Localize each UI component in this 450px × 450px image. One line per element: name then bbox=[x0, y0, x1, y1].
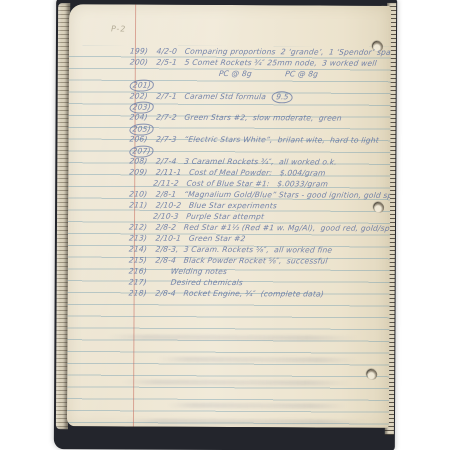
handwriting-lines: 199) 4/2-0 Comparing proportions 2 ‘gran… bbox=[67, 4, 391, 428]
journal-entry-line: 218) 2/8-4 Rocket Engine, ¾″ (complete d… bbox=[128, 288, 324, 299]
entry-number: 204) bbox=[129, 112, 154, 122]
entry-text: 2/10-2 Blue Star experiments bbox=[153, 201, 278, 211]
entry-number: 208) bbox=[129, 156, 154, 166]
journal-entry-line: 2/11-2 Cost of Blue Star #1: $.0033/gram bbox=[153, 179, 329, 190]
entry-text: 2/10-3 Purple Star attempt bbox=[153, 212, 265, 222]
entry-text: 2/7-1 Caramel Std formula bbox=[153, 92, 266, 102]
entry-text: 2/5-1 5 Comet Rockets ¾″ 25mm node, 3 wo… bbox=[153, 58, 377, 68]
journal-entry-line: 214) 2/8-3, 3 Caram. Rockets ⅝″, all wor… bbox=[128, 244, 332, 255]
journal-entry-line: 216) Welding notes bbox=[128, 266, 227, 277]
entry-text: Welding notes bbox=[152, 267, 227, 276]
entry-number: 210) bbox=[129, 189, 154, 199]
entry-number: 211) bbox=[129, 200, 154, 210]
journal-entry-line: 210) 2/8-1 “Magnalium Gold/Blue” Stars -… bbox=[129, 189, 392, 201]
journal-entry-line: PC @ 8g PC @ 8g bbox=[218, 69, 318, 80]
notebook-page: P-2 199) 4/2-0 Comparing proportions 2 ‘… bbox=[67, 4, 391, 428]
journal-entry-line: 217) Desired chemicals bbox=[128, 277, 243, 288]
entry-number: 206) bbox=[129, 134, 154, 144]
entry-text: Desired chemicals bbox=[152, 278, 243, 287]
entry-number: 199) bbox=[129, 46, 154, 56]
journal-entry-line: 204) 2/7-2 Green Stars #2, slow moderate… bbox=[129, 112, 342, 123]
notebook-cover-edge: P-2 199) 4/2-0 Comparing proportions 2 ‘… bbox=[54, 0, 397, 450]
scanned-notebook-photo: P-2 199) 4/2-0 Comparing proportions 2 ‘… bbox=[0, 0, 450, 450]
entry-number: 200) bbox=[129, 57, 154, 67]
journal-entry-line: 2/10-3 Purple Star attempt bbox=[152, 212, 264, 223]
entry-number: 202) bbox=[129, 91, 154, 101]
entry-number: 212) bbox=[128, 222, 153, 232]
journal-entry-line: 211) 2/10-2 Blue Star experiments bbox=[129, 200, 278, 211]
entry-text: 2/8-1 “Magnalium Gold/Blue” Stars - good… bbox=[153, 190, 391, 200]
entry-text: 2/8-3, 3 Caram. Rockets ⅝″, all worked f… bbox=[152, 245, 332, 255]
entry-text: 2/8-4 Rocket Engine, ¾″ (complete data) bbox=[152, 289, 324, 299]
journal-entry-line: 200) 2/5-1 5 Comet Rockets ¾″ 25mm node,… bbox=[129, 57, 377, 68]
entry-text: 2/11-2 Cost of Blue Star #1: $.0033/gram bbox=[153, 179, 329, 189]
entry-number: 214) bbox=[128, 244, 153, 254]
entry-number: 209) bbox=[129, 167, 154, 177]
journal-entry-line: 215) 2/8-4 Black Powder Rocket ⅝″, succe… bbox=[128, 255, 328, 266]
journal-entry-line: 213) 2/10-1 Green Star #2 bbox=[128, 233, 246, 244]
entry-text: 2/7-3 “Electric Stars White”, brilant wi… bbox=[153, 135, 379, 145]
entry-text: 2/10-1 Green Star #2 bbox=[152, 234, 245, 243]
entry-number: 218) bbox=[128, 288, 153, 298]
entry-number: 217) bbox=[128, 277, 153, 287]
entry-text: PC @ 8g PC @ 8g bbox=[218, 69, 318, 79]
entry-text: 2/7-4 3 Caramel Rockets ¾″, all worked o… bbox=[153, 157, 337, 167]
entry-number: 216) bbox=[128, 266, 153, 276]
entry-number: 213) bbox=[128, 233, 153, 243]
journal-entry-line: 206) 2/7-3 “Electric Stars White”, brila… bbox=[129, 134, 379, 145]
entry-text: 2/8-2 Red Star #1½ (Red #1 w. Mg/Al), go… bbox=[153, 223, 392, 233]
entry-rating-circled: 9.5 bbox=[271, 91, 293, 103]
journal-entry-line: 209) 2/11-1 Cost of Meal Powder: $.004/g… bbox=[129, 167, 326, 178]
entry-text: 2/8-4 Black Powder Rocket ⅝″, successful bbox=[152, 256, 328, 266]
entry-text: 2/11-1 Cost of Meal Powder: $.004/gram bbox=[153, 168, 326, 178]
entry-text: 4/2-0 Comparing proportions 2 ‘grande’, … bbox=[153, 47, 391, 57]
entry-number: 215) bbox=[128, 255, 153, 265]
journal-entry-line: 208) 2/7-4 3 Caramel Rockets ¾″, all wor… bbox=[129, 156, 338, 167]
entry-text: 2/7-2 Green Stars #2, slow moderate, gre… bbox=[153, 113, 342, 123]
journal-entry-line: 199) 4/2-0 Comparing proportions 2 ‘gran… bbox=[129, 46, 391, 57]
journal-entry-line: 212) 2/8-2 Red Star #1½ (Red #1 w. Mg/Al… bbox=[128, 222, 391, 233]
